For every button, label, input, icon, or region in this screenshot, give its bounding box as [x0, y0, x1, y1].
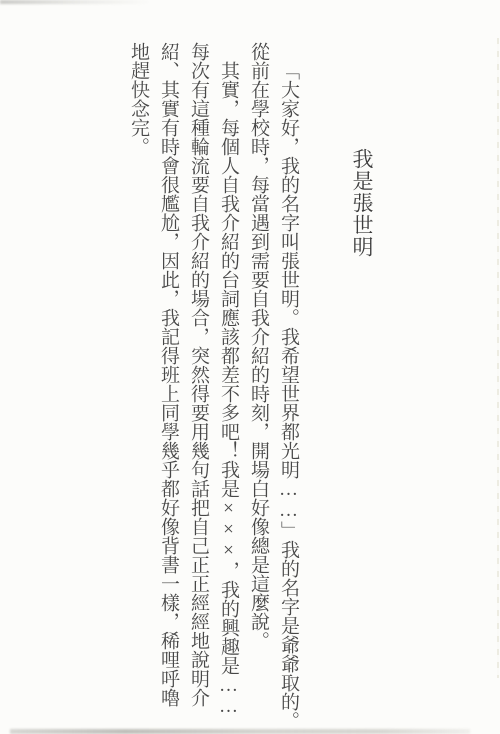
- text-column: 紹、其實有時會很尷尬，因此，我記得班上同學幾乎都好像背書一樣，稀哩呼嚕: [153, 42, 183, 734]
- chapter-title: 我是張世明: [347, 148, 377, 258]
- text-column: 「大家好，我的名字叫張世明。我希望世界都光明……」我的名字是爺爺取的。: [273, 42, 303, 734]
- scan-artifact-right-edge: [497, 38, 499, 678]
- text-column: 其實，每個人自我介紹的台詞應該都差不多吧！我是×××，我的興趣是……: [213, 42, 243, 734]
- book-page: 我是張世明 「大家好，我的名字叫張世明。我希望世界都光明……」我的名字是爺爺取的…: [0, 0, 500, 734]
- text-column: 每次有這種輪流要自我介紹的場合，突然得要用幾句話把自己正正經經地說明介: [183, 42, 213, 734]
- text-column: 從前在學校時，每當遇到需要自我介紹的時刻，開場白好像總是這麼說。: [243, 42, 273, 734]
- paragraph: 其實，每個人自我介紹的台詞應該都差不多吧！我是×××，我的興趣是……每次有這種輪…: [123, 42, 243, 734]
- paragraph: 「大家好，我的名字叫張世明。我希望世界都光明……」我的名字是爺爺取的。從前在學校…: [243, 42, 303, 734]
- text-column: 地趕快念完。: [123, 42, 153, 734]
- scan-artifact-top-edge: [0, 0, 160, 4]
- body-text: 「大家好，我的名字叫張世明。我希望世界都光明……」我的名字是爺爺取的。從前在學校…: [123, 42, 303, 734]
